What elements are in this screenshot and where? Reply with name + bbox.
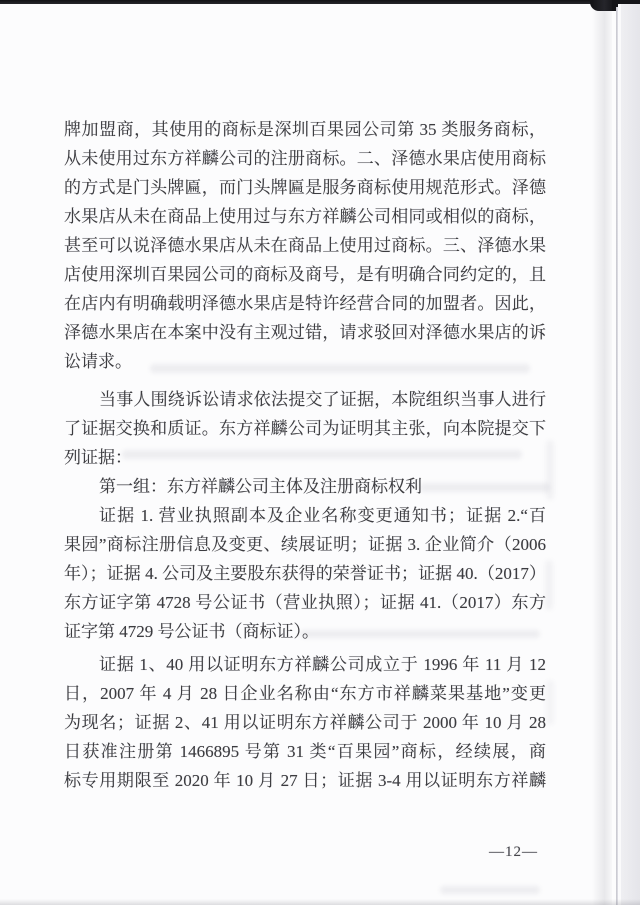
text-line: 日获准注册第 1466895 号第 31 类“百果园”商标，经续展，商 [64, 737, 546, 766]
text-line: 标专用期限至 2020 年 10 月 27 日；证据 3-4 用以证明东方祥麟 [64, 766, 546, 795]
text-line: 东方证字第 4728 号公证书（营业执照）；证据 41.（2017）东方 [64, 588, 546, 617]
text-line: 证据 1、40 用以证明东方祥麟公司成立于 1996 年 11 月 12 [64, 650, 546, 679]
page-edge-highlight [618, 4, 621, 905]
text-line: 水果店从未在商品上使用过与东方祥麟公司相同或相似的商标， [64, 202, 546, 231]
paragraph-evidence-group-heading: 第一组：东方祥麟公司主体及注册商标权利 [64, 472, 546, 501]
paragraph-evidence-purpose: 证据 1、40 用以证明东方祥麟公司成立于 1996 年 11 月 12 日，2… [64, 650, 546, 795]
text-line: 店使用深圳百果园公司的商标及商号，是有明确合同约定的，且 [64, 260, 546, 289]
scan-bottom-shadow [0, 899, 640, 905]
text-line: 为现名；证据 2、41 用以证明东方祥麟公司于 2000 年 10 月 28 [64, 708, 546, 737]
text-line: 日，2007 年 4 月 28 日企业名称由“东方市祥麟菜果基地”变更 [64, 679, 546, 708]
text-line: 讼请求。 [64, 347, 546, 376]
text-line: 甚至可以说泽德水果店从未在商品上使用过商标。三、泽德水果 [64, 231, 546, 260]
text-line: 的方式是门头牌匾，而门头牌匾是服务商标使用规范形式。泽德 [64, 173, 546, 202]
text-line: 在店内有明确载明泽德水果店是特许经营合同的加盟者。因此， [64, 289, 546, 318]
text-line: 果园”商标注册信息及变更、续展证明；证据 3. 企业简介（2006 [64, 530, 546, 559]
scanner-background-strip [618, 4, 640, 905]
scan-smudge [440, 886, 540, 894]
scan-smudge [546, 440, 554, 500]
text-line: 第一组：东方祥麟公司主体及注册商标权利 [64, 472, 546, 501]
text-line: 年）；证据 4. 公司及主要股东获得的荣誉证书；证据 40.（2017） [64, 559, 546, 588]
paragraph-evidence-exchange: 当事人围绕诉讼请求依法提交了证据，本院组织当事人进行 了证据交换和质证。东方祥麟… [64, 385, 546, 472]
text-line: 证字第 4729 号公证书（商标证）。 [64, 617, 546, 646]
page-fold-shadow [592, 0, 612, 905]
text-line: 泽德水果店在本案中没有主观过错，请求驳回对泽德水果店的诉 [64, 318, 546, 347]
scan-top-edge [0, 0, 640, 4]
document-body: 牌加盟商，其使用的商标是深圳百果园公司第 35 类服务商标， 从未使用过东方祥麟… [64, 115, 546, 795]
text-line: 牌加盟商，其使用的商标是深圳百果园公司第 35 类服务商标， [64, 115, 546, 144]
text-line: 列证据： [64, 443, 546, 472]
text-line: 证据 1. 营业执照副本及企业名称变更通知书；证据 2.“百 [64, 501, 546, 530]
paragraph-evidence-list: 证据 1. 营业执照副本及企业名称变更通知书；证据 2.“百 果园”商标注册信息… [64, 501, 546, 646]
scan-smudge [545, 560, 553, 610]
text-line: 了证据交换和质证。东方祥麟公司为证明其主张，向本院提交下 [64, 414, 546, 443]
page-number: —12— [489, 843, 538, 861]
text-line: 从未使用过东方祥麟公司的注册商标。二、泽德水果店使用商标 [64, 144, 546, 173]
scanned-document-page: 牌加盟商，其使用的商标是深圳百果园公司第 35 类服务商标， 从未使用过东方祥麟… [0, 0, 640, 905]
text-line: 当事人围绕诉讼请求依法提交了证据，本院组织当事人进行 [64, 385, 546, 414]
scan-smudge [546, 680, 554, 725]
paragraph-defense-argument: 牌加盟商，其使用的商标是深圳百果园公司第 35 类服务商标， 从未使用过东方祥麟… [64, 115, 546, 376]
